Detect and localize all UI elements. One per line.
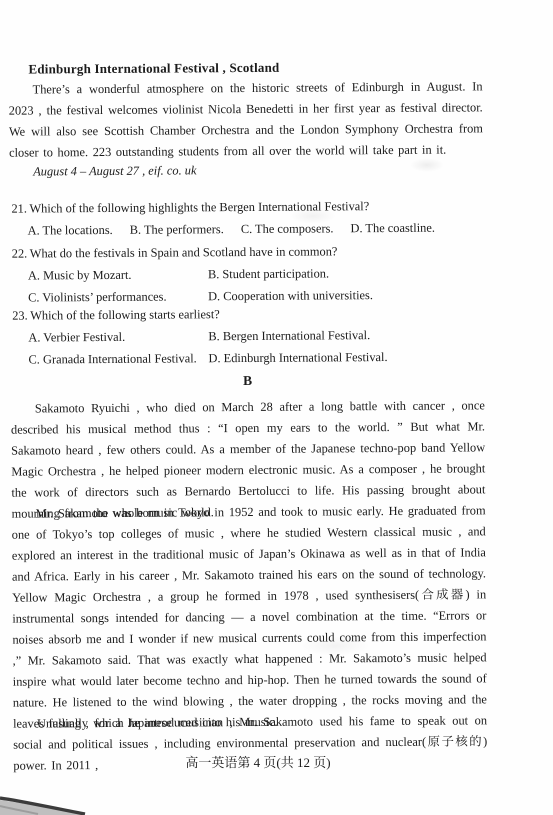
option-b: B. The performers. bbox=[130, 218, 224, 241]
option-a: A. Music by Mozart. bbox=[28, 263, 208, 286]
question-number: 21. bbox=[11, 198, 29, 220]
option-a: A. Verbier Festival. bbox=[28, 325, 208, 348]
question-text: What do the festivals in Spain and Scotl… bbox=[30, 239, 484, 264]
option-a: A. The locations. bbox=[28, 219, 113, 242]
question-22: 22. What do the festivals in Spain and S… bbox=[10, 239, 484, 308]
section-b-paragraph-2: Mr. Sakamoto was born in Tokyo in 1952 a… bbox=[12, 500, 488, 734]
article-paragraph: There’s a wonderful atmosphere on the hi… bbox=[9, 76, 484, 163]
page-content: Edinburgh International Festival , Scotl… bbox=[8, 0, 488, 815]
question-text: Which of the following starts earliest? bbox=[30, 301, 484, 326]
scanned-exam-page: Edinburgh International Festival , Scotl… bbox=[0, 0, 553, 815]
festival-dates-line: August 4 – August 27 , eif. co. uk bbox=[33, 160, 196, 182]
question-23-options-row-2: C. Granada International Festival. D. Ed… bbox=[10, 345, 484, 370]
question-number: 23. bbox=[12, 305, 30, 327]
question-text: Which of the following highlights the Be… bbox=[29, 194, 483, 219]
question-23: 23. Which of the following starts earlie… bbox=[10, 301, 484, 370]
section-b-label: B bbox=[11, 369, 485, 392]
question-number: 22. bbox=[12, 243, 30, 265]
article-title: Edinburgh International Festival , Scotl… bbox=[28, 57, 279, 80]
question-21-options: A. The locations. B. The performers. C. … bbox=[10, 216, 484, 241]
option-d: D. Edinburgh International Festival. bbox=[208, 345, 484, 369]
option-c: C. Granada International Festival. bbox=[28, 347, 208, 370]
option-b: B. Student participation. bbox=[208, 261, 484, 285]
option-c: C. The composers. bbox=[241, 217, 334, 240]
question-21: 21. Which of the following highlights th… bbox=[9, 194, 483, 241]
page-corner-curl-shadow bbox=[0, 780, 100, 815]
page-number-footer: 高一英语第 4 页(共 12 页) bbox=[0, 753, 516, 773]
option-d: D. The coastline. bbox=[350, 217, 435, 240]
option-b: B. Bergen International Festival. bbox=[208, 323, 484, 347]
